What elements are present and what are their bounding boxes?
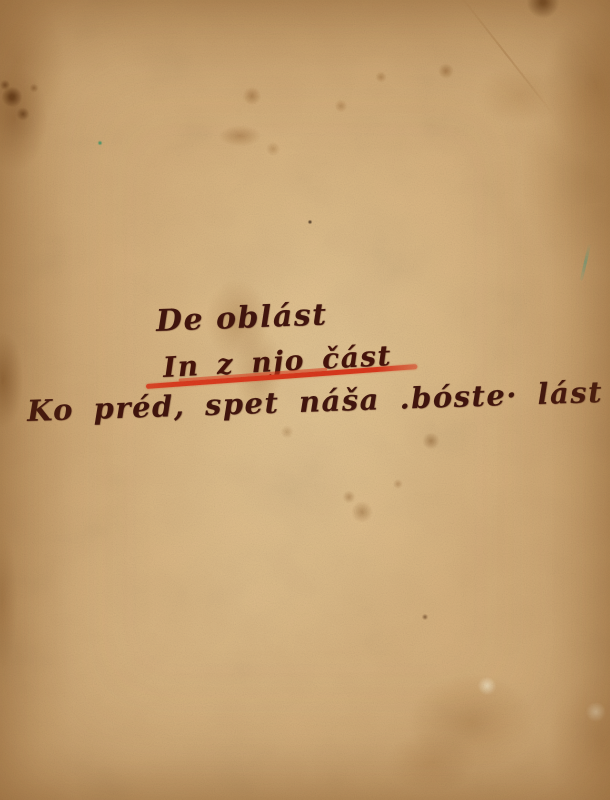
manuscript-page: De oblást In z njo část Ko préd, spet ná… — [0, 0, 610, 800]
paper-grain-texture — [0, 0, 610, 800]
